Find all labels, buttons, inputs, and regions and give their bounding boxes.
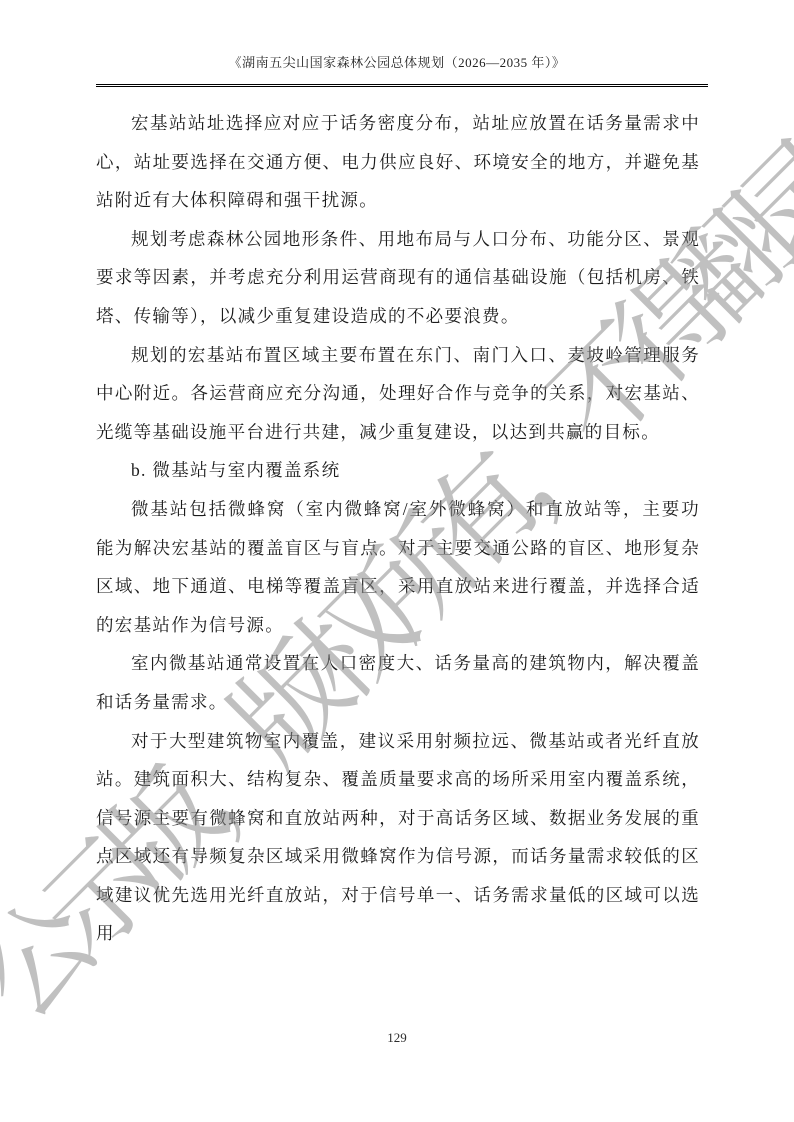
subheading-micro-base-station: b. 微基站与室内覆盖系统 [96,451,700,490]
header-rule [96,84,708,87]
document-body: 宏基站站址选择应对应于话务密度分布，站址应放置在话务量需求中心，站址要选择在交通… [96,104,700,953]
paragraph-large-building-coverage: 对于大型建筑物室内覆盖，建议采用射频拉远、微基站或者光纤直放站。建筑面积大、结构… [96,722,700,954]
paragraph-planning-considerations: 规划考虑森林公园地形条件、用地布局与人口分布、功能分区、景观要求等因素，并考虑充… [96,220,700,336]
document-page: 《湖南五尖山国家森林公园总体规划（2026—2035 年）》 宏基站站址选择应对… [0,0,794,1122]
paragraph-indoor-micro-base-station: 室内微基站通常设置在人口密度大、话务量高的建筑物内，解决覆盖和话务量需求。 [96,644,700,721]
paragraph-micro-base-station-function: 微基站包括微蜂窝（室内微蜂窝/室外微蜂窝）和直放站等，主要功能为解决宏基站的覆盖… [96,490,700,644]
paragraph-macro-base-station-siting: 宏基站站址选择应对应于话务密度分布，站址应放置在话务量需求中心，站址要选择在交通… [96,104,700,220]
header-title: 《湖南五尖山国家森林公园总体规划（2026—2035 年）》 [88,52,706,71]
paragraph-macro-base-station-layout: 规划的宏基站布置区域主要布置在东门、南门入口、麦坡岭管理服务中心附近。各运营商应… [96,336,700,452]
page-number: 129 [0,1030,794,1046]
